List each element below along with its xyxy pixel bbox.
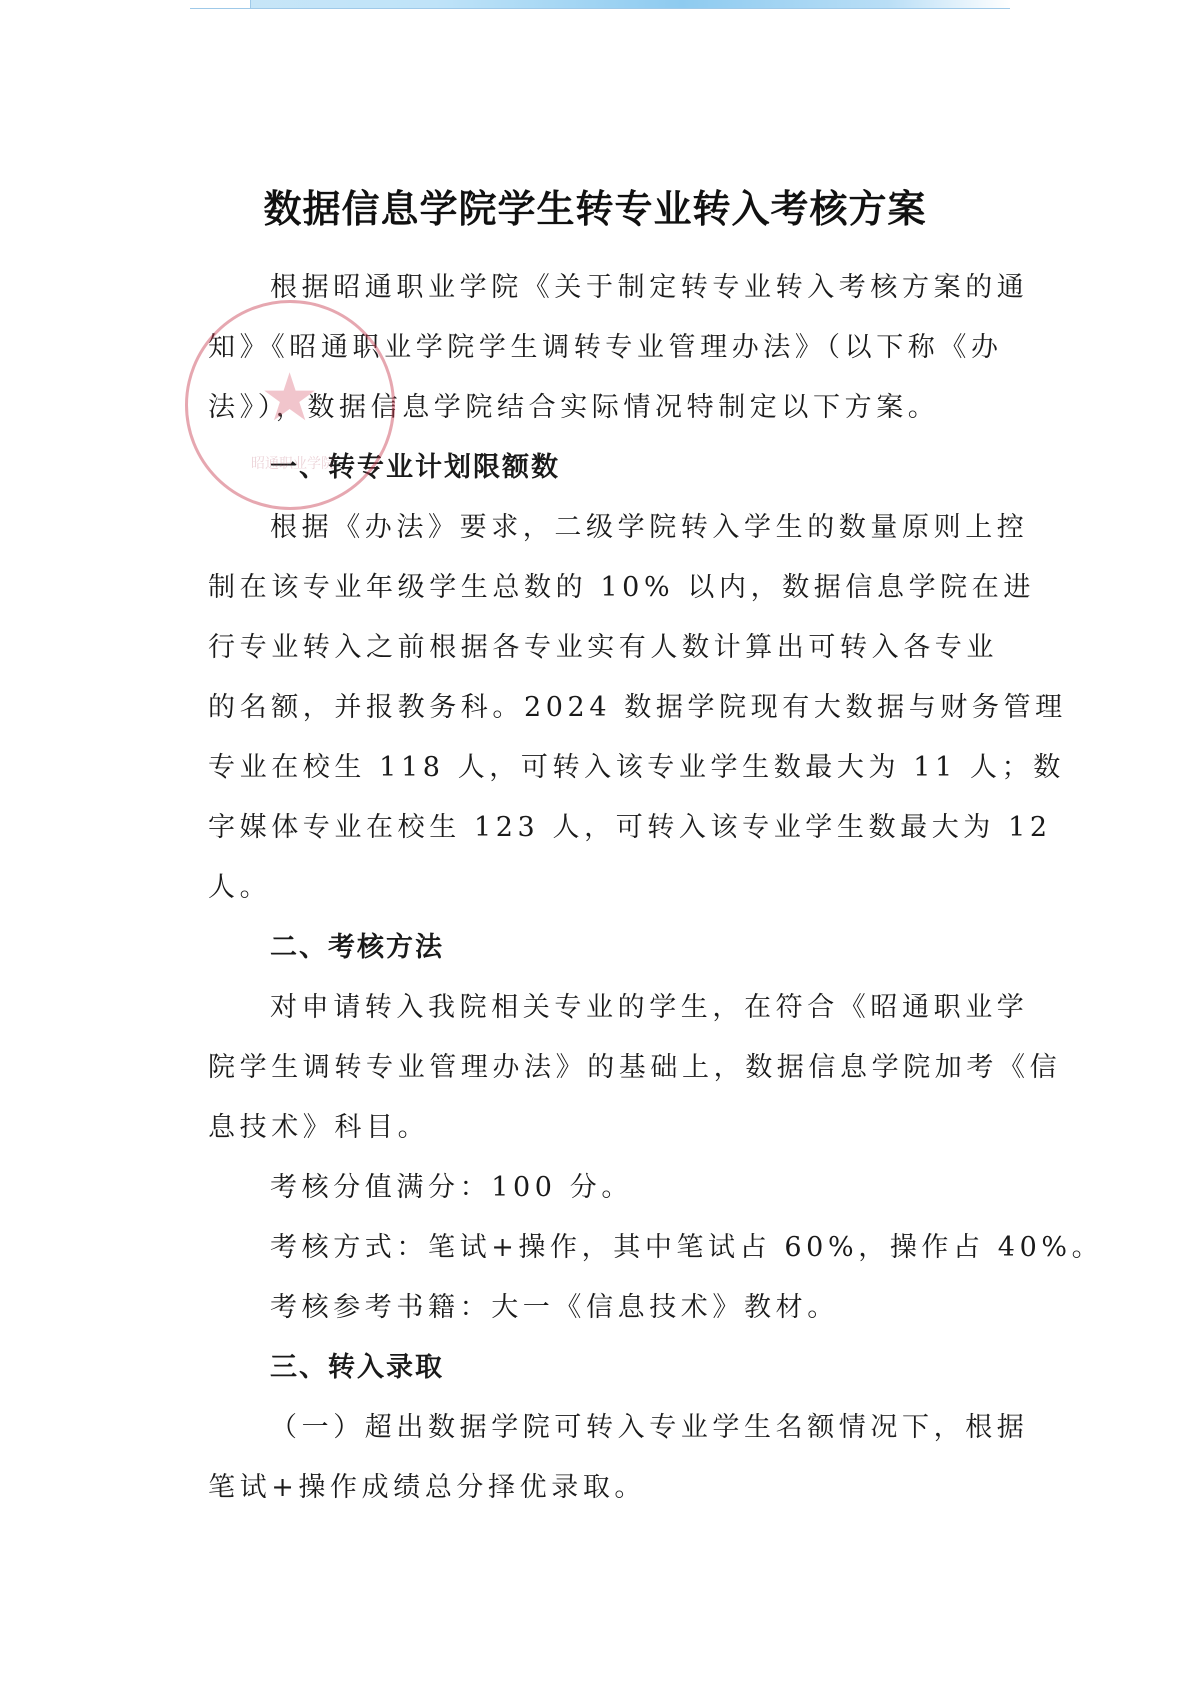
exam-score-item: 考核分值满分：100 分。 (208, 1158, 1008, 1218)
paragraph-line: 制在该专业年级学生总数的 10% 以内，数据信息学院在进 (208, 558, 1008, 618)
document-title: 数据信息学院学生转专业转入考核方案 (0, 178, 1190, 233)
paragraph-line: 知》《昭通职业学院学生调转专业管理办法》（以下称《办 (208, 318, 1008, 378)
exam-method-item: 考核方式：笔试+操作，其中笔试占 60%，操作占 40%。 (208, 1218, 1008, 1278)
paragraph-line: 字媒体专业在校生 123 人，可转入该专业学生数最大为 12 (208, 798, 1008, 858)
scan-top-tab (190, 0, 251, 8)
paragraph-line: 根据昭通职业学院《关于制定转专业转入考核方案的通 (208, 258, 1008, 318)
document-body: 根据昭通职业学院《关于制定转专业转入考核方案的通 知》《昭通职业学院学生调转专业… (208, 258, 1008, 1518)
paragraph-line: 息技术》科目。 (208, 1098, 1008, 1158)
section-heading: 二、考核方法 (208, 918, 1008, 978)
paragraph-line: 人。 (208, 858, 1008, 918)
paragraph-line: 笔试+操作成绩总分择优录取。 (208, 1458, 1008, 1518)
paragraph-line: 法》），数据信息学院结合实际情况特制定以下方案。 (208, 378, 1008, 438)
paragraph-line: 的名额，并报教务科。2024 数据学院现有大数据与财务管理 (208, 678, 1008, 738)
scan-top-edge (190, 0, 1010, 9)
section-heading: 一、转专业计划限额数 (208, 438, 1008, 498)
paragraph-line: 对申请转入我院相关专业的学生，在符合《昭通职业学 (208, 978, 1008, 1038)
paragraph-line: 行专业转入之前根据各专业实有人数计算出可转入各专业 (208, 618, 1008, 678)
paragraph-line: （一）超出数据学院可转入专业学生名额情况下，根据 (208, 1398, 1008, 1458)
section-heading: 三、转入录取 (208, 1338, 1008, 1398)
exam-reference-item: 考核参考书籍：大一《信息技术》教材。 (208, 1278, 1008, 1338)
paragraph-line: 专业在校生 118 人，可转入该专业学生数最大为 11 人；数 (208, 738, 1008, 798)
paragraph-line: 院学生调转专业管理办法》的基础上，数据信息学院加考《信 (208, 1038, 1008, 1098)
paragraph-line: 根据《办法》要求，二级学院转入学生的数量原则上控 (208, 498, 1008, 558)
